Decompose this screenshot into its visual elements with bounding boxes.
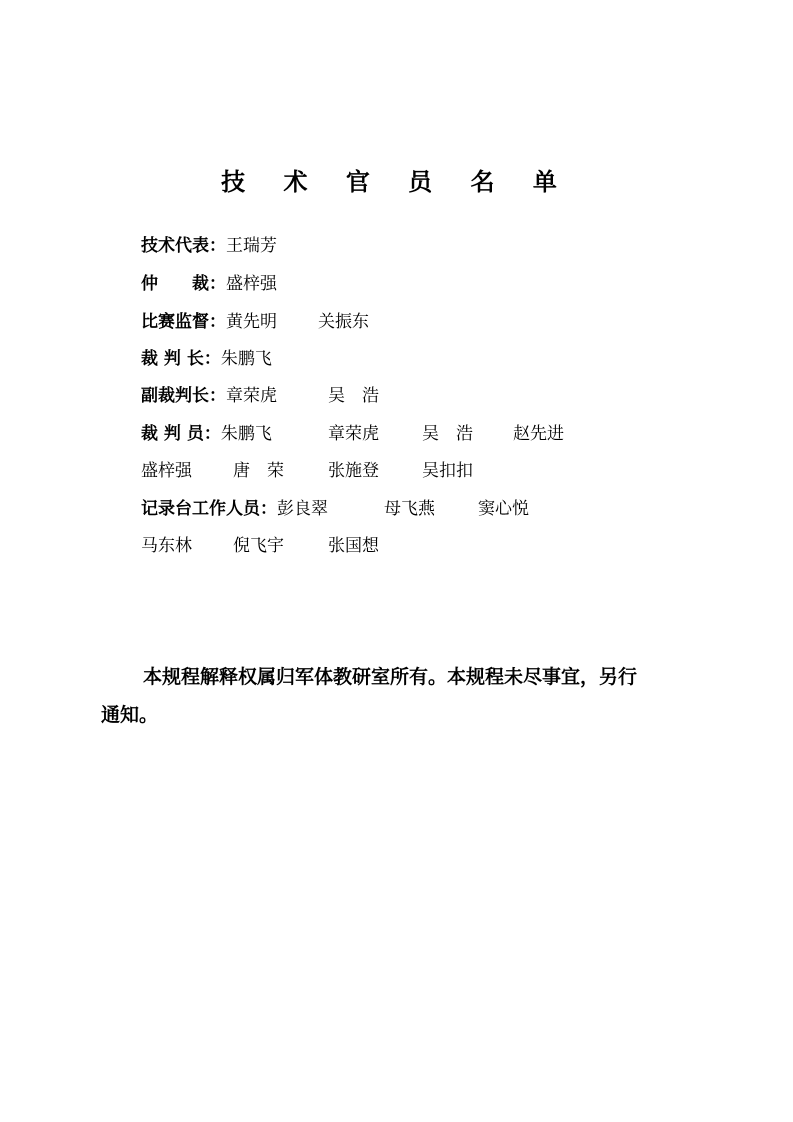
deputy-chief-name: 章荣虎 xyxy=(226,386,277,406)
deputy-chief-label: 副裁判长： xyxy=(141,386,226,406)
recorder-name: 张国想 xyxy=(328,533,379,559)
referee-name: 盛梓强 xyxy=(141,458,192,484)
recorder-name: 母飞燕 xyxy=(384,496,435,522)
referee-name: 吴 浩 xyxy=(422,421,473,447)
chief-referee-name: 朱鹏飞 xyxy=(221,349,272,369)
referees-row-2: 盛梓强 唐 荣 张施登 吴扣扣 xyxy=(141,458,701,484)
supervisor-label: 比赛监督： xyxy=(141,312,226,332)
referee-name: 章荣虎 xyxy=(328,421,379,447)
tech-rep-name: 王瑞芳 xyxy=(226,236,277,256)
referee-name: 朱鹏飞 xyxy=(221,424,272,444)
recorder-name: 马东林 xyxy=(141,533,192,559)
deputy-chief-name: 吴 浩 xyxy=(328,383,379,409)
arbiter-name: 盛梓强 xyxy=(226,274,277,294)
recorders-label: 记录台工作人员： xyxy=(141,499,277,519)
supervisor-row: 比赛监督：黄先明 关振东 xyxy=(141,309,701,335)
supervisor-name: 关振东 xyxy=(318,309,369,335)
closing-note-line-2: 通知。 xyxy=(101,696,701,734)
deputy-chief-row: 副裁判长：章荣虎 吴 浩 xyxy=(141,383,701,409)
page-title: 技 术 官 员 名 单 xyxy=(0,166,793,198)
chief-referee-row: 裁 判 长：朱鹏飞 xyxy=(141,346,272,372)
closing-note: 本规程解释权属归军体教研室所有。本规程未尽事宜，另行 通知。 xyxy=(101,658,701,734)
referees-label: 裁 判 员： xyxy=(141,424,221,444)
referees-row-1: 裁 判 员：朱鹏飞 章荣虎 吴 浩 赵先进 xyxy=(141,421,701,447)
chief-referee-label: 裁 判 长： xyxy=(141,349,221,369)
tech-rep-label: 技术代表： xyxy=(141,236,226,256)
referee-name: 唐 荣 xyxy=(233,458,284,484)
arbiter-row: 仲 裁：盛梓强 xyxy=(141,271,277,297)
recorder-name: 倪飞宇 xyxy=(233,533,284,559)
recorder-name: 彭良翠 xyxy=(277,499,328,519)
recorders-row-2: 马东林 倪飞宇 张国想 xyxy=(141,533,701,559)
supervisor-name: 黄先明 xyxy=(226,312,277,332)
recorder-name: 窦心悦 xyxy=(478,496,529,522)
recorders-row-1: 记录台工作人员：彭良翠 母飞燕 窦心悦 xyxy=(141,496,701,522)
arbiter-label: 仲 裁： xyxy=(141,274,226,294)
closing-note-line-1: 本规程解释权属归军体教研室所有。本规程未尽事宜，另行 xyxy=(101,658,701,696)
tech-rep-row: 技术代表：王瑞芳 xyxy=(141,233,277,259)
referee-name: 吴扣扣 xyxy=(422,458,473,484)
referee-name: 赵先进 xyxy=(513,421,564,447)
referee-name: 张施登 xyxy=(328,458,379,484)
